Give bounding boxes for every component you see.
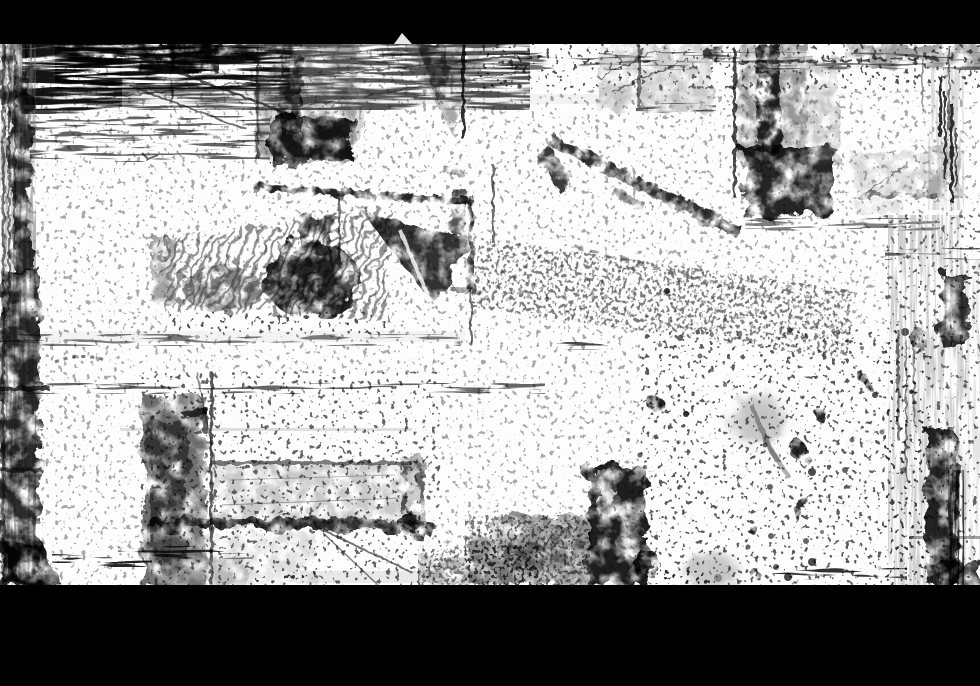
letterbox-top-bar [0,0,980,44]
right-scratch-band [885,215,980,585]
scribble-block [598,44,726,113]
panel-block [118,372,440,590]
grunge-artwork [0,0,980,686]
grunge-frame [0,0,980,686]
splatter-field [626,327,930,590]
pillar-left [256,40,364,162]
letterbox-bottom-bar [0,585,980,686]
